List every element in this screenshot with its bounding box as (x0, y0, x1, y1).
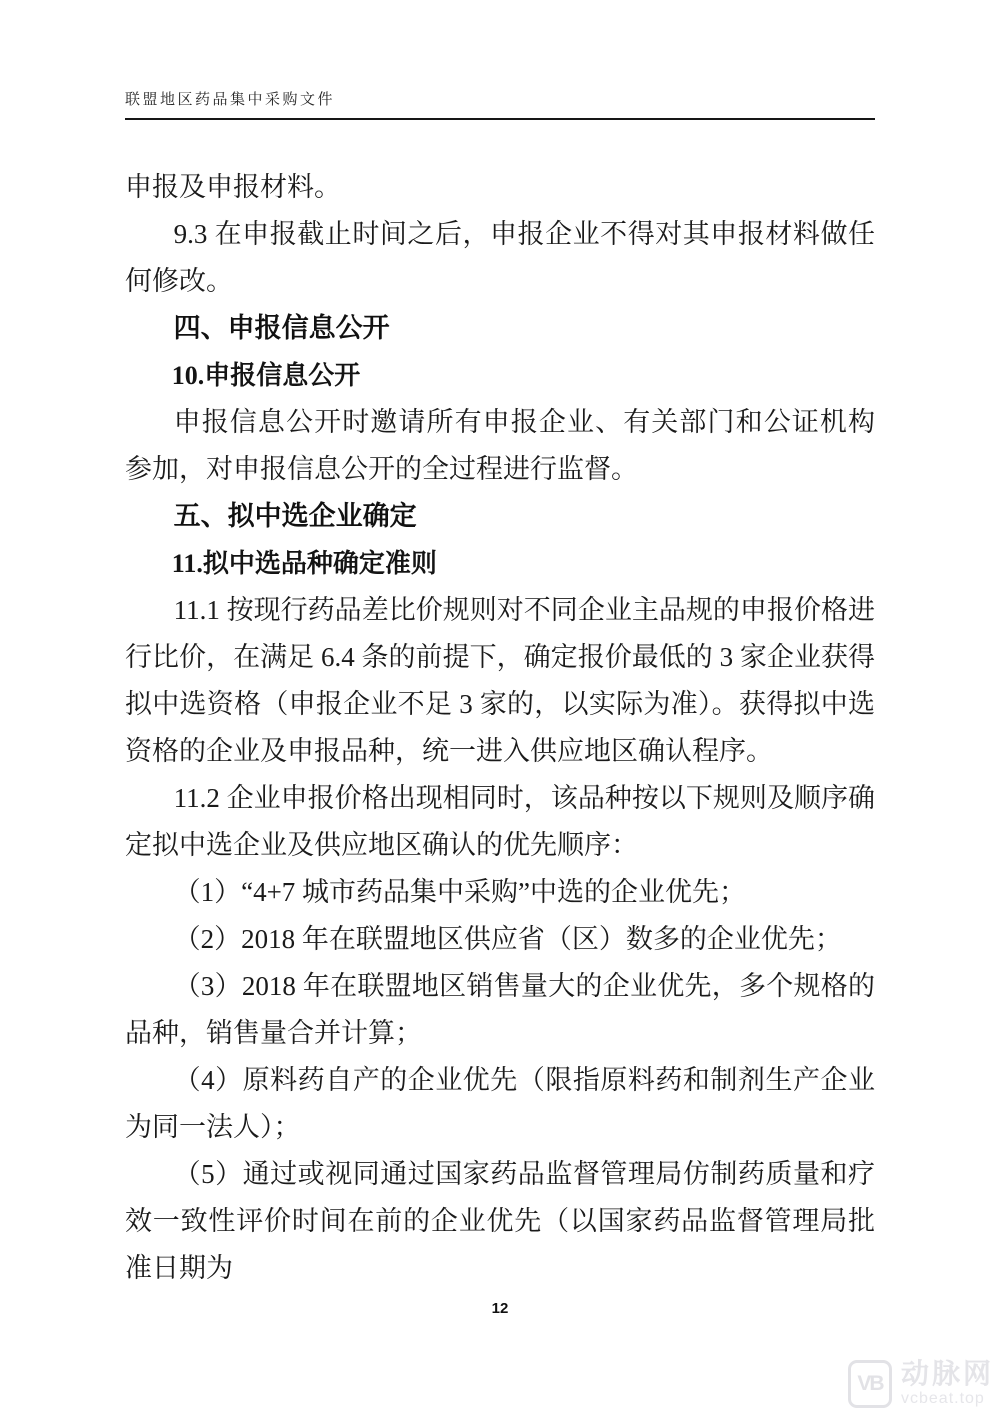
subsection-heading: 11.拟中选品种确定准则 (125, 540, 875, 587)
watermark-brand-text: 动脉网 (901, 1360, 994, 1388)
subsection-heading: 10.申报信息公开 (125, 352, 875, 399)
list-item: （4）原料药自产的企业优先（限指原料药和制剂生产企业为同一法人）； (125, 1057, 875, 1151)
watermark-domain-text: vcbeat.top (901, 1391, 994, 1407)
watermark: VB 动脉网 vcbeat.top (848, 1360, 994, 1408)
vb-logo-icon: VB (848, 1360, 892, 1408)
list-item: （5）通过或视同通过国家药品监督管理局仿制药质量和疗效一致性评价时间在前的企业优… (125, 1151, 875, 1292)
header-rule-divider (125, 118, 875, 120)
paragraph: 申报信息公开时邀请所有申报企业、有关部门和公证机构参加，对申报信息公开的全过程进… (125, 399, 875, 493)
paragraph: 申报及申报材料。 (125, 164, 875, 211)
document-header-title: 联盟地区药品集中采购文件 (125, 88, 875, 109)
paragraph: 11.2 企业申报价格出现相同时，该品种按以下规则及顺序确定拟中选企业及供应地区… (125, 775, 875, 869)
section-heading: 五、拟中选企业确定 (125, 493, 875, 540)
page-number: 12 (0, 1300, 1000, 1317)
list-item: （2）2018 年在联盟地区供应省（区）数多的企业优先； (125, 916, 875, 963)
paragraph: 9.3 在申报截止时间之后，申报企业不得对其申报材料做任何修改。 (125, 211, 875, 305)
list-item: （3）2018 年在联盟地区销售量大的企业优先，多个规格的品种，销售量合并计算； (125, 963, 875, 1057)
watermark-text-group: 动脉网 vcbeat.top (901, 1360, 994, 1407)
list-item: （1）“4+7 城市药品集中采购”中选的企业优先； (125, 869, 875, 916)
paragraph: 11.1 按现行药品差比价规则对不同企业主品规的申报价格进行比价，在满足 6.4… (125, 587, 875, 775)
section-heading: 四、申报信息公开 (125, 305, 875, 352)
document-body: 申报及申报材料。 9.3 在申报截止时间之后，申报企业不得对其申报材料做任何修改… (125, 164, 875, 1292)
